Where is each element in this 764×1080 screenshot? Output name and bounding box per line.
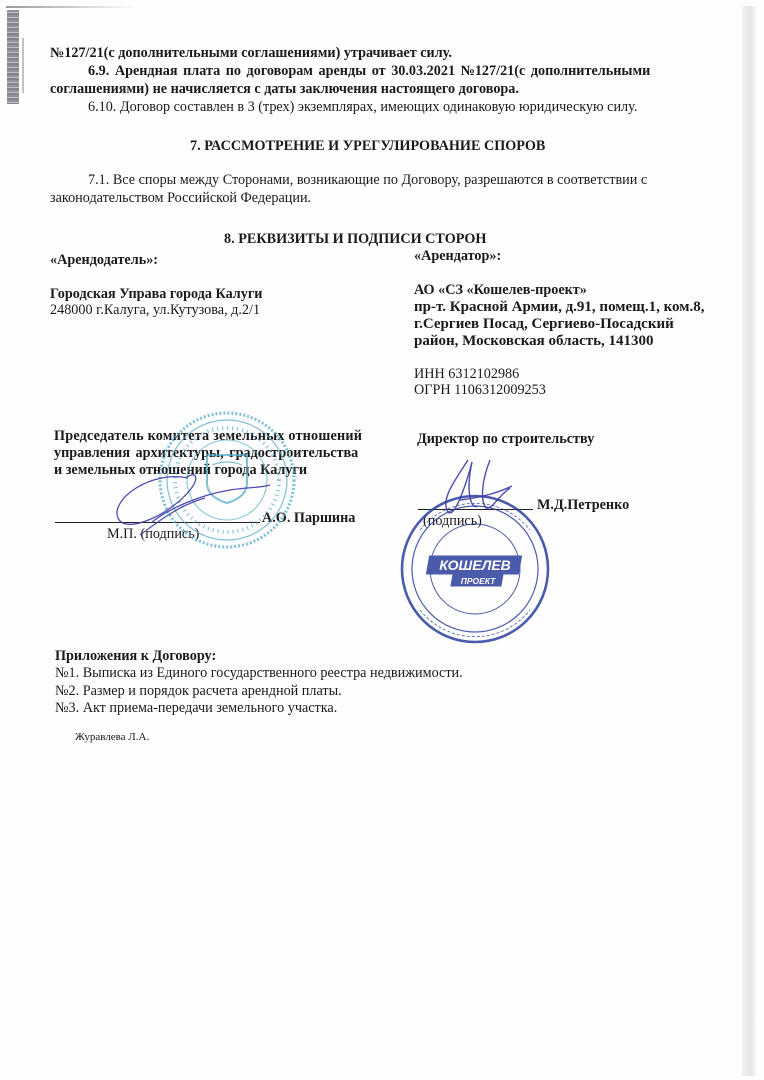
tenant-name: АО «СЗ «Кошелев-проект» — [414, 282, 587, 298]
tenant-role: «Арендатор»: — [414, 248, 501, 264]
landlord-position-line2: управления архитектуры, градостроительст… — [54, 445, 358, 461]
section-8-heading: 8. РЕКВИЗИТЫ И ПОДПИСИ СТОРОН — [224, 231, 486, 247]
tenant-address-line1: пр-т. Красной Армии, д.91, помещ.1, ком.… — [414, 299, 704, 315]
svg-text:КОШЕЛЕВ: КОШЕЛЕВ — [439, 557, 511, 573]
landlord-position-line3: и земельных отношений города Калуги — [54, 462, 307, 478]
landlord-signature-line — [55, 522, 260, 523]
executor-name: Журавлева Л.А. — [75, 729, 149, 745]
tenant-signature — [446, 460, 512, 513]
tenant-inn: ИНН 6312102986 — [414, 366, 519, 382]
document-page: №127/21(с дополнительными соглашениями) … — [0, 0, 764, 1080]
appendix-item-1: №1. Выписка из Единого государственного … — [55, 665, 463, 681]
tenant-sign-caption: (подпись) — [423, 513, 482, 529]
appendix-item-3: №3. Акт приема-передачи земельного участ… — [55, 700, 337, 716]
scan-edge-right — [742, 6, 756, 1076]
tenant-ogrn: ОГРН 1106312009253 — [414, 382, 546, 398]
clause-6-10: 6.10. Договор составлен в 3 (трех) экзем… — [88, 99, 637, 115]
tenant-signature-line — [418, 509, 533, 510]
scan-edge-top — [6, 6, 136, 8]
clause-7-1-line1: 7.1. Все споры между Сторонами, возникаю… — [88, 172, 647, 188]
scan-shadow-left-line — [22, 38, 24, 93]
appendices-heading: Приложения к Договору: — [55, 648, 216, 664]
appendix-item-2: №2. Размер и порядок расчета арендной пл… — [55, 683, 342, 699]
landlord-position-line1: Председатель комитета земельных отношени… — [54, 428, 362, 444]
scan-shadow-left — [7, 10, 19, 104]
tenant-address-line2: г.Сергиев Посад, Сергиево-Посадский — [414, 316, 674, 332]
landlord-role: «Арендодатель»: — [50, 252, 158, 268]
clause-7-1-line2: законодательством Российской Федерации. — [50, 190, 311, 206]
clause-6-9-line1: 6.9. Арендная плата по договорам аренды … — [88, 63, 650, 79]
section-7-heading: 7. РАССМОТРЕНИЕ И УРЕГУЛИРОВАНИЕ СПОРОВ — [190, 138, 545, 154]
clause-6-8-continuation: №127/21(с дополнительными соглашениями) … — [50, 45, 452, 61]
clause-6-9-line2: соглашениями) не начисляется с даты закл… — [50, 81, 519, 97]
tenant-address-line3: район, Московская область, 141300 — [414, 333, 654, 349]
tenant-position: Директор по строительству — [417, 431, 594, 447]
landlord-sign-caption: М.П. (подпись) — [107, 526, 199, 542]
landlord-name: Городская Управа города Калуги — [50, 286, 262, 302]
tenant-signatory: М.Д.Петренко — [537, 497, 629, 513]
landlord-address: 248000 г.Калуга, ул.Кутузова, д.2/1 — [50, 302, 260, 318]
svg-text:ПРОЕКТ: ПРОЕКТ — [461, 576, 496, 586]
landlord-signatory: А.О. Паршина — [262, 510, 355, 526]
koshelev-logo-icon: КОШЕЛЕВ ПРОЕКТ — [426, 556, 521, 586]
